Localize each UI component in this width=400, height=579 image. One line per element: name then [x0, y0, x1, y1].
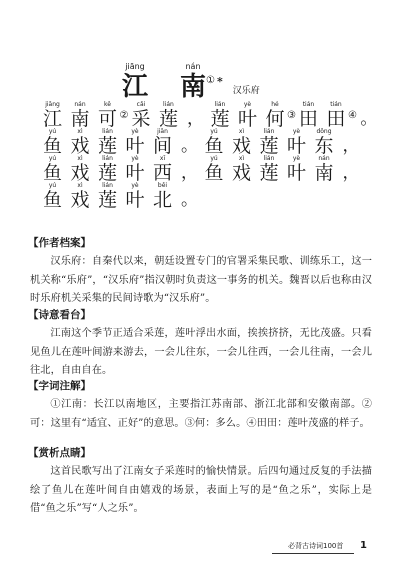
hanzi: 戏: [232, 163, 251, 184]
footer-divider: [272, 553, 354, 554]
hanzi: 可: [98, 109, 117, 130]
poem-char: xì戏: [70, 182, 91, 211]
hanzi: 鱼: [43, 190, 62, 211]
poem-char: yú鱼: [42, 155, 63, 184]
poem-char: yè叶: [125, 155, 146, 184]
section-heading: 【作者档案】: [28, 236, 372, 250]
poem-body: jiāng江nán南kě可②cǎi采lián莲，lián莲yè叶hé何③tián…: [42, 103, 383, 211]
poem-char: lián莲: [259, 155, 280, 184]
hanzi: 西: [153, 163, 172, 184]
hanzi: 鱼: [43, 136, 62, 157]
poem-char: tián田: [298, 101, 319, 130]
section-author-profile: 【作者档案】 汉乐府：自秦代以来，朝廷设置专门的官署采集民歌、训练乐工，这一机关…: [30, 236, 372, 309]
hanzi: 戏: [70, 136, 89, 157]
poem-char: yú鱼: [204, 128, 225, 157]
poem-char: cǎi采: [130, 101, 151, 130]
poem-char: jiāng江: [42, 101, 63, 130]
poem-char: kě可: [97, 101, 118, 130]
poem-char: yè叶: [125, 128, 146, 157]
hanzi: 戏: [232, 136, 251, 157]
poem-char: xī西: [152, 155, 173, 184]
poem-char: tián田: [325, 101, 346, 130]
poem-char: yè叶: [125, 182, 146, 211]
hanzi: 间: [153, 136, 172, 157]
hanzi: 南: [314, 163, 333, 184]
poem-char: yè叶: [286, 128, 307, 157]
title-char: nán 南: [176, 62, 210, 102]
footer-book-title: 必背古诗词100首: [288, 541, 343, 551]
hanzi: 莲: [98, 190, 117, 211]
hanzi: 江: [43, 109, 62, 130]
poem-char: yú鱼: [42, 182, 63, 211]
poem-char: lián莲: [209, 101, 230, 130]
hanzi: 叶: [287, 163, 306, 184]
page-number: 1: [360, 540, 367, 551]
hanzi: 叶: [125, 136, 144, 157]
hanzi: 北: [153, 190, 172, 211]
poem-char: xì戏: [231, 155, 252, 184]
poem-char: nán南: [70, 101, 91, 130]
poem-char: yú鱼: [204, 155, 225, 184]
poem-char: lián莲: [158, 101, 179, 130]
poem-line: yú鱼xì戏lián莲yè叶jiān间。yú鱼xì戏lián莲yè叶dōng东，: [42, 130, 383, 157]
hanzi: 叶: [238, 109, 257, 130]
section-text: 江南这个季节正适合采莲，莲叶浮出水面，挨挨挤挤，无比茂盛。只看见鱼儿在莲叶间游来…: [30, 325, 372, 381]
poem-line: jiāng江nán南kě可②cǎi采lián莲，lián莲yè叶hé何③tián…: [42, 103, 383, 130]
hanzi: 鱼: [204, 136, 223, 157]
hanzi: 叶: [287, 136, 306, 157]
section-word-notes: 【字词注解】 ①江南：长江以南地区，主要指江苏南部、浙江北部和安徽南部。②可：这…: [30, 379, 372, 433]
punctuation: ，: [185, 109, 205, 130]
hanzi: 采: [131, 109, 150, 130]
title-pinyin: nán: [185, 62, 200, 72]
punctuation: ，: [180, 163, 200, 184]
footnote-marker: ②: [120, 110, 129, 121]
hanzi: 莲: [210, 109, 229, 130]
hanzi: 田: [326, 109, 345, 130]
title-pinyin: jiāng: [125, 62, 145, 72]
poem-char: lián莲: [259, 128, 280, 157]
title-char: jiāng 江: [118, 62, 152, 102]
hanzi: 鱼: [204, 163, 223, 184]
poem-char: hé何: [264, 101, 285, 130]
poem-char: nán南: [314, 155, 335, 184]
section-text: 这首民歌写出了江南女子采莲时的愉快情景。后四句通过反复的手法描绘了鱼儿在莲叶间自…: [30, 463, 372, 519]
hanzi: 莲: [259, 163, 278, 184]
poem-line: yú鱼xì戏lián莲yè叶běi北。: [42, 184, 383, 211]
section-heading: 【字词注解】: [28, 379, 372, 393]
title-hanzi: 江: [122, 72, 148, 102]
poem-char: yú鱼: [42, 128, 63, 157]
hanzi: 戏: [70, 190, 89, 211]
punctuation: 。: [180, 136, 200, 157]
hanzi: 鱼: [43, 163, 62, 184]
section-heading: 【赏析点睛】: [28, 446, 372, 460]
hanzi: 叶: [125, 190, 144, 211]
hanzi: 叶: [125, 163, 144, 184]
poem-char: xì戏: [70, 128, 91, 157]
footnote-marker: ③: [287, 110, 296, 121]
poem-char: yè叶: [237, 101, 258, 130]
section-heading: 【诗意看台】: [28, 308, 372, 322]
hanzi: 莲: [98, 163, 117, 184]
poem-char: dōng东: [314, 128, 335, 157]
hanzi: 东: [314, 136, 333, 157]
poem-char: lián莲: [97, 155, 118, 184]
punctuation: ，: [341, 163, 361, 184]
hanzi: 莲: [98, 136, 117, 157]
punctuation: 。: [180, 190, 200, 211]
hanzi: 田: [299, 109, 318, 130]
hanzi: 莲: [259, 136, 278, 157]
poem-char: lián莲: [97, 182, 118, 211]
poem-char: lián莲: [97, 128, 118, 157]
section-text: ①江南：长江以南地区，主要指江苏南部、浙江北部和安徽南部。②可：这里有“适宜、正…: [30, 396, 372, 433]
poem-title: jiāng 江 nán 南 ① * 汉乐府: [118, 62, 260, 102]
poem-author: 汉乐府: [233, 83, 260, 96]
section-poem-meaning: 【诗意看台】 江南这个季节正适合采莲，莲叶浮出水面，挨挨挤挤，无比茂盛。只看见鱼…: [30, 308, 372, 381]
hanzi: 莲: [159, 109, 178, 130]
hanzi: 南: [70, 109, 89, 130]
poem-char: yè叶: [286, 155, 307, 184]
title-hanzi: 南: [180, 72, 206, 102]
poem-char: xì戏: [70, 155, 91, 184]
poem-char: běi北: [152, 182, 173, 211]
hanzi: 戏: [70, 163, 89, 184]
star-marker: *: [217, 75, 223, 88]
punctuation: 。: [359, 109, 379, 130]
footnote-marker: ④: [348, 110, 357, 121]
footnote-marker: ①: [206, 75, 215, 86]
section-appreciation: 【赏析点睛】 这首民歌写出了江南女子采莲时的愉快情景。后四句通过反复的手法描绘了…: [30, 446, 372, 519]
poem-char: jiān间: [152, 128, 173, 157]
poem-line: yú鱼xì戏lián莲yè叶xī西，yú鱼xì戏lián莲yè叶nán南，: [42, 157, 383, 184]
section-text: 汉乐府：自秦代以来，朝廷设置专门的官署采集民歌、训练乐工，这一机关称“乐府”，“…: [30, 253, 372, 309]
hanzi: 何: [265, 109, 284, 130]
punctuation: ，: [341, 136, 361, 157]
poem-char: xì戏: [231, 128, 252, 157]
